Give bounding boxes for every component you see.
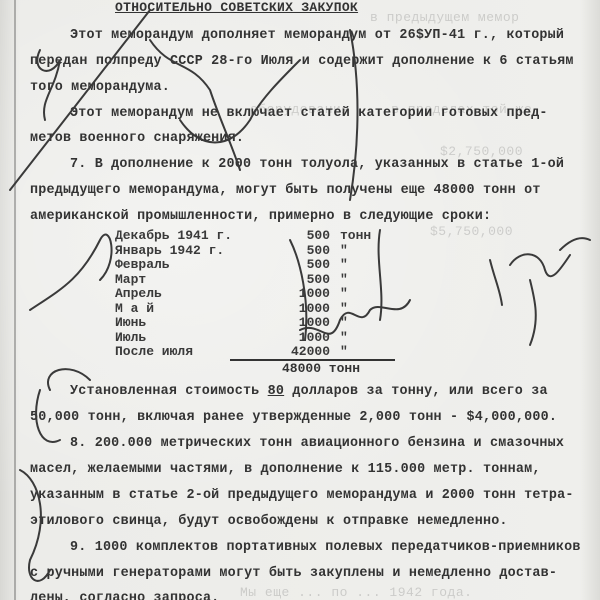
handwritten-annotations: [0, 0, 600, 600]
document-page: в предыдущем мемор оборудования ... в пр…: [0, 0, 600, 600]
